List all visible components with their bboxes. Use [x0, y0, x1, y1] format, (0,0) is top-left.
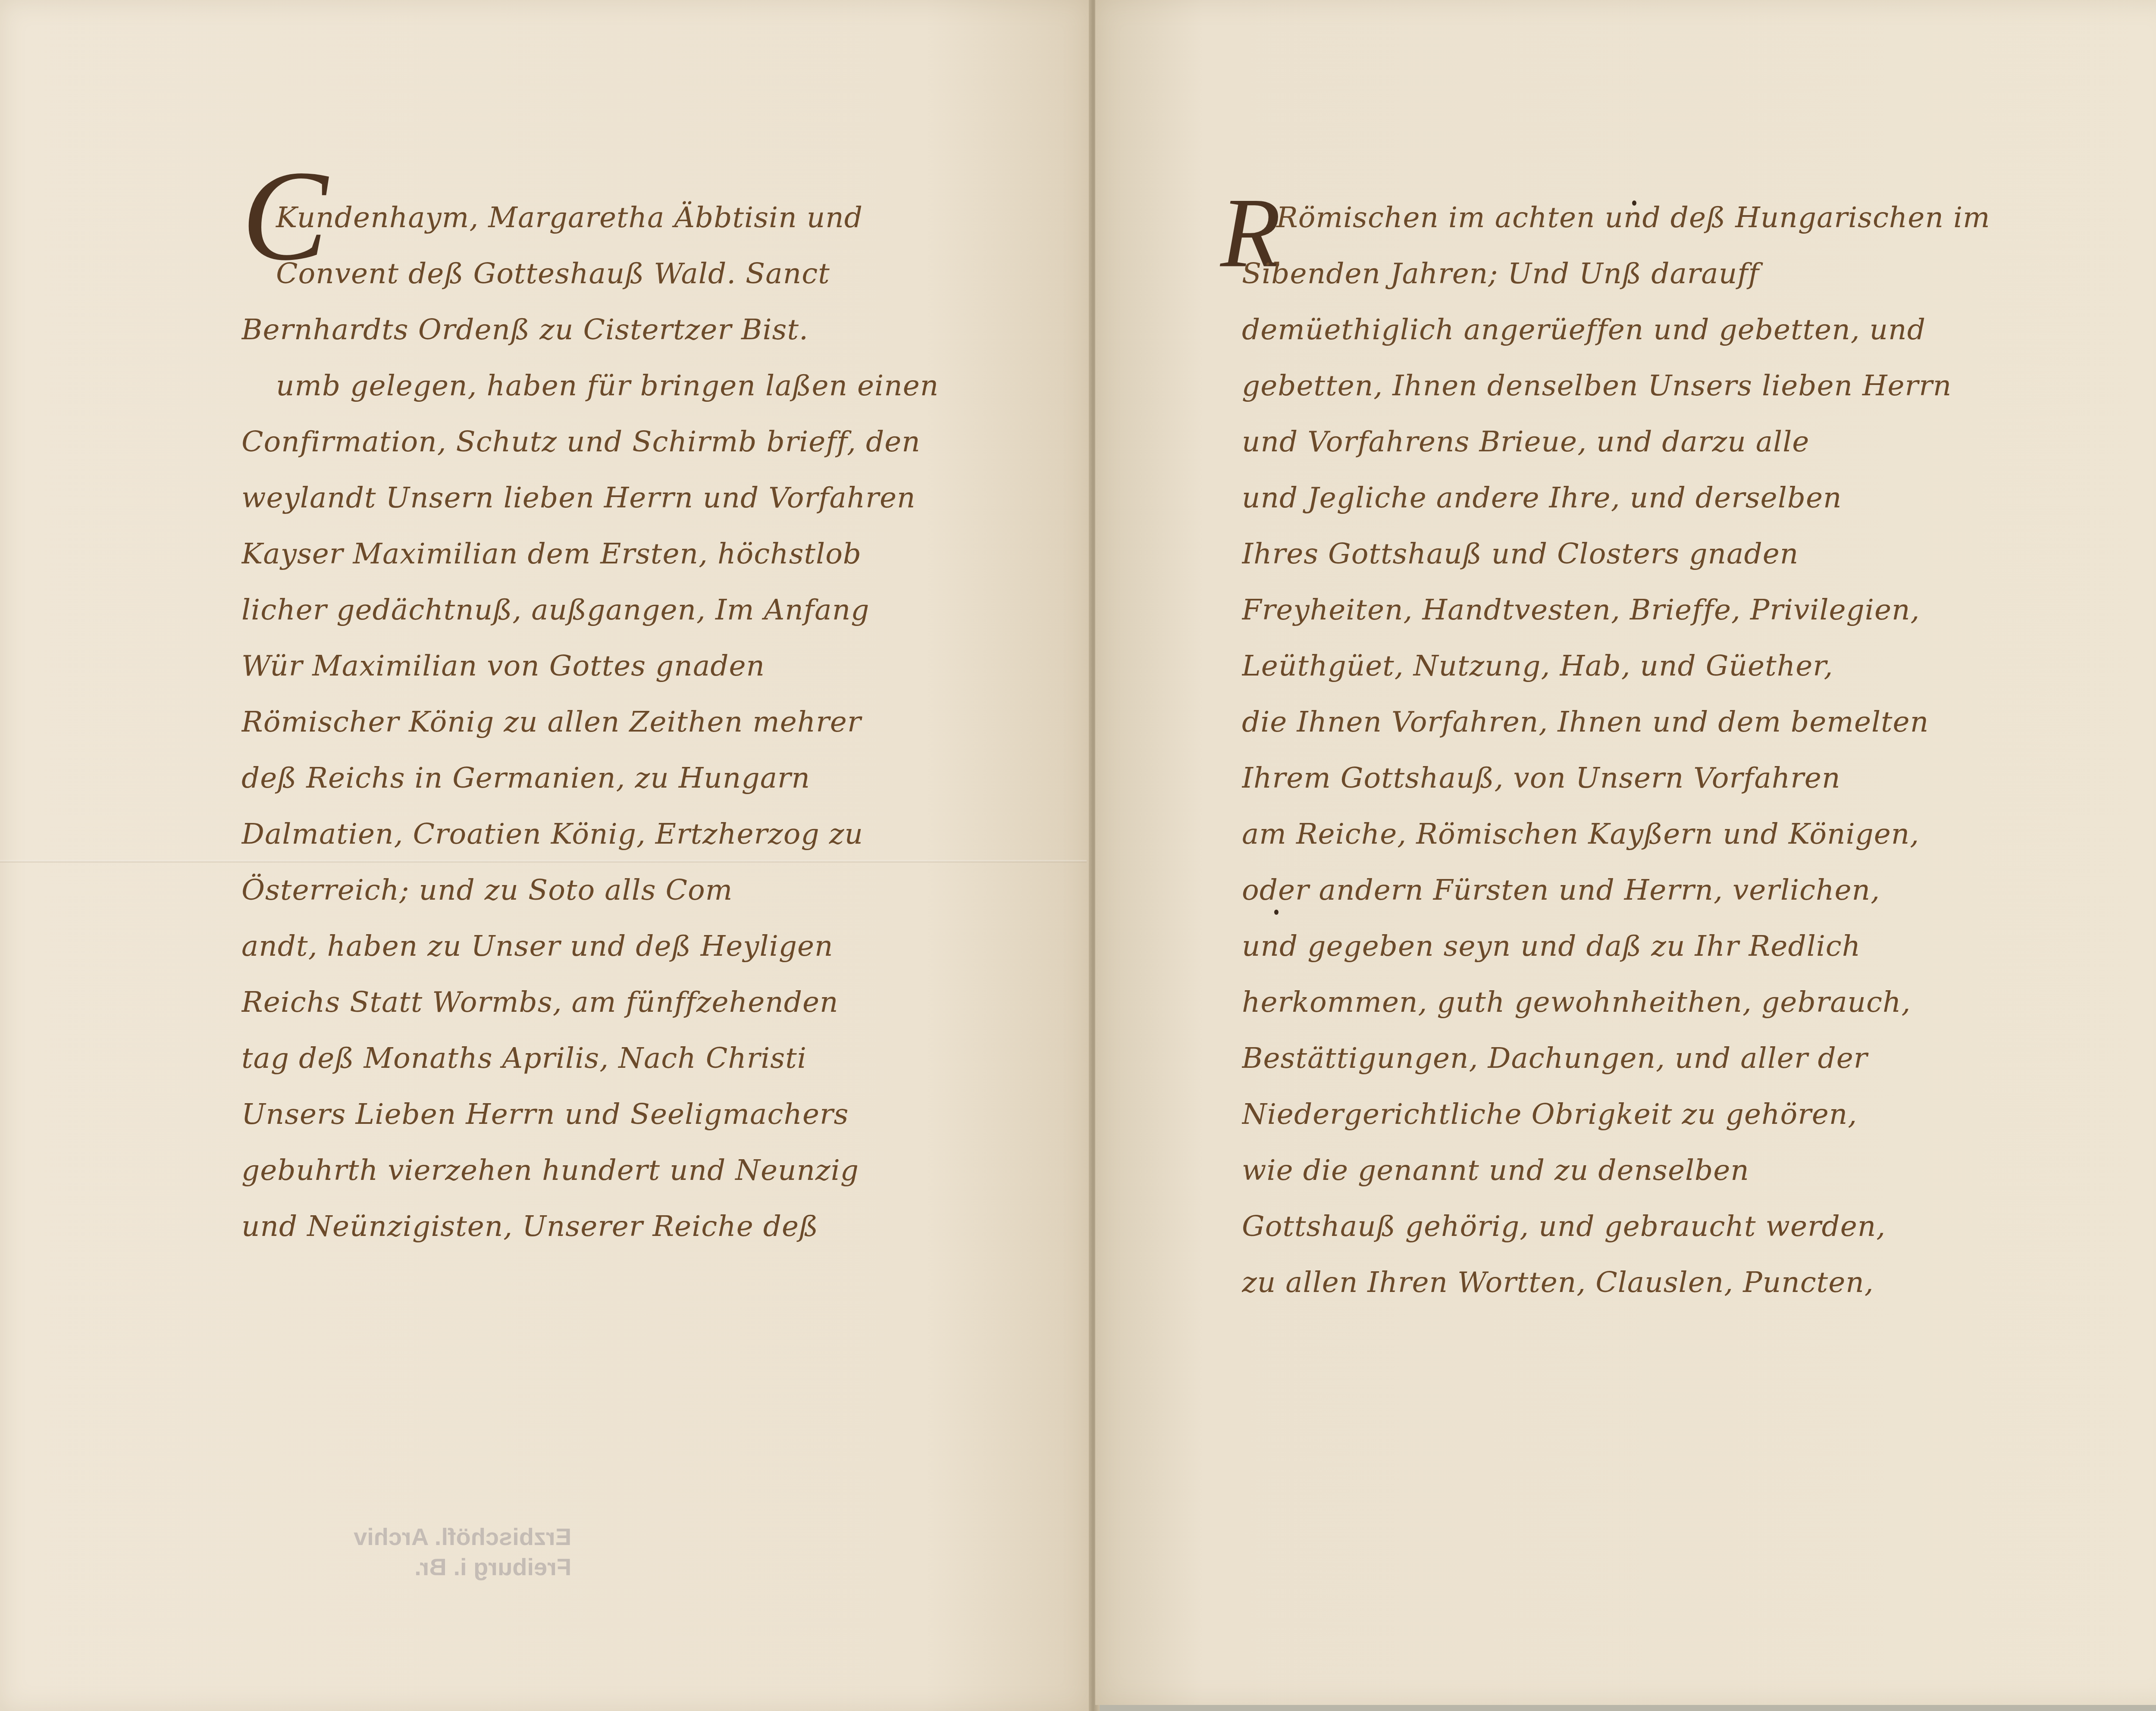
manuscript-line: zu allen Ihren Wortten, Clauslen, Puncte… — [1242, 1254, 2061, 1311]
manuscript-line: Confirmation, Schutz und Schirmb brieff,… — [241, 414, 975, 470]
manuscript-line: und gegeben seyn und daß zu Ihr Redlich — [1242, 918, 2061, 974]
manuscript-line: oder andern Fürsten und Herrn, verlichen… — [1242, 862, 2061, 918]
right-page: R Römischen im achten und deß Hungarisch… — [1095, 0, 2156, 1705]
manuscript-spread: C Kundenhaym, Margaretha Äbbtisin und Co… — [0, 0, 2156, 1711]
manuscript-line: Ihrem Gottshauß, von Unsern Vorfahren — [1242, 750, 2061, 806]
manuscript-line: Reichs Statt Wormbs, am fünffzehenden — [241, 974, 975, 1030]
manuscript-line: Bernhardts Ordenß zu Cistertzer Bist. — [241, 302, 975, 358]
manuscript-line: Dalmatien, Croatien König, Ertzherzog zu — [241, 806, 975, 862]
manuscript-line: gebetten, Ihnen denselben Unsers lieben … — [1242, 358, 2061, 414]
manuscript-line: Leüthgüet, Nutzung, Hab, und Güether, — [1242, 638, 2061, 694]
manuscript-line: und Jegliche andere Ihre, und derselben — [1242, 470, 2061, 526]
manuscript-line: Bestättigungen, Dachungen, und aller der — [1242, 1030, 2061, 1086]
manuscript-line: Wür Maximilian von Gottes gnaden — [241, 638, 975, 694]
manuscript-line: deß Reichs in Germanien, zu Hungarn — [241, 750, 975, 806]
manuscript-line: wie die genannt und zu denselben — [1242, 1142, 2061, 1198]
manuscript-line: gebuhrth vierzehen hundert und Neunzig — [241, 1142, 975, 1198]
manuscript-line: Kundenhaym, Margaretha Äbbtisin und — [241, 190, 975, 246]
manuscript-line: Österreich; und zu Soto alls Com — [241, 862, 975, 918]
archive-stamp: Erzbischöfl. Archiv Freiburg i. Br. — [354, 1522, 571, 1582]
manuscript-line: Römischer König zu allen Zeithen mehrer — [241, 694, 975, 750]
manuscript-line: und Neünzigisten, Unserer Reiche deß — [241, 1198, 975, 1254]
manuscript-line: Römischen im achten und deß Hungarischen… — [1242, 190, 2061, 246]
manuscript-line: demüethiglich angerüeffen und gebetten, … — [1242, 302, 2061, 358]
manuscript-line: die Ihnen Vorfahren, Ihnen und dem bemel… — [1242, 694, 2061, 750]
manuscript-line: andt, haben zu Unser und deß Heyligen — [241, 918, 975, 974]
left-page: C Kundenhaym, Margaretha Äbbtisin und Co… — [0, 0, 1089, 1711]
manuscript-line: Unsers Lieben Herrn und Seeligmachers — [241, 1086, 975, 1142]
ink-spot — [1274, 910, 1279, 915]
manuscript-line: weylandt Unsern lieben Herrn und Vorfahr… — [241, 470, 975, 526]
manuscript-line: am Reiche, Römischen Kayßern und Königen… — [1242, 806, 2061, 862]
manuscript-line: Sibenden Jahren; Und Unß darauff — [1242, 246, 2061, 302]
manuscript-line: Gottshauß gehörig, und gebraucht werden, — [1242, 1198, 2061, 1254]
manuscript-line: Ihres Gottshauß und Closters gnaden — [1242, 526, 2061, 582]
manuscript-line: herkommen, guth gewohnheithen, gebrauch, — [1242, 974, 2061, 1030]
manuscript-line: und Vorfahrens Brieue, und darzu alle — [1242, 414, 2061, 470]
stamp-line: Erzbischöfl. Archiv — [354, 1522, 571, 1552]
manuscript-line: Freyheiten, Handtvesten, Brieffe, Privil… — [1242, 582, 2061, 638]
manuscript-line: tag deß Monaths Aprilis, Nach Christi — [241, 1030, 975, 1086]
left-page-text: Kundenhaym, Margaretha Äbbtisin und Conv… — [241, 190, 975, 1254]
manuscript-line: Kayser Maximilian dem Ersten, höchstlob — [241, 526, 975, 582]
manuscript-line: Niedergerichtliche Obrigkeit zu gehören, — [1242, 1086, 2061, 1142]
manuscript-line: Convent deß Gotteshauß Wald. Sanct — [241, 246, 975, 302]
manuscript-line: umb gelegen, haben für bringen laßen ein… — [241, 358, 975, 414]
manuscript-line: licher gedächtnuß, außgangen, Im Anfang — [241, 582, 975, 638]
right-page-text: Römischen im achten und deß Hungarischen… — [1242, 190, 2061, 1311]
stamp-line: Freiburg i. Br. — [354, 1552, 571, 1582]
ink-spot — [1632, 200, 1636, 206]
